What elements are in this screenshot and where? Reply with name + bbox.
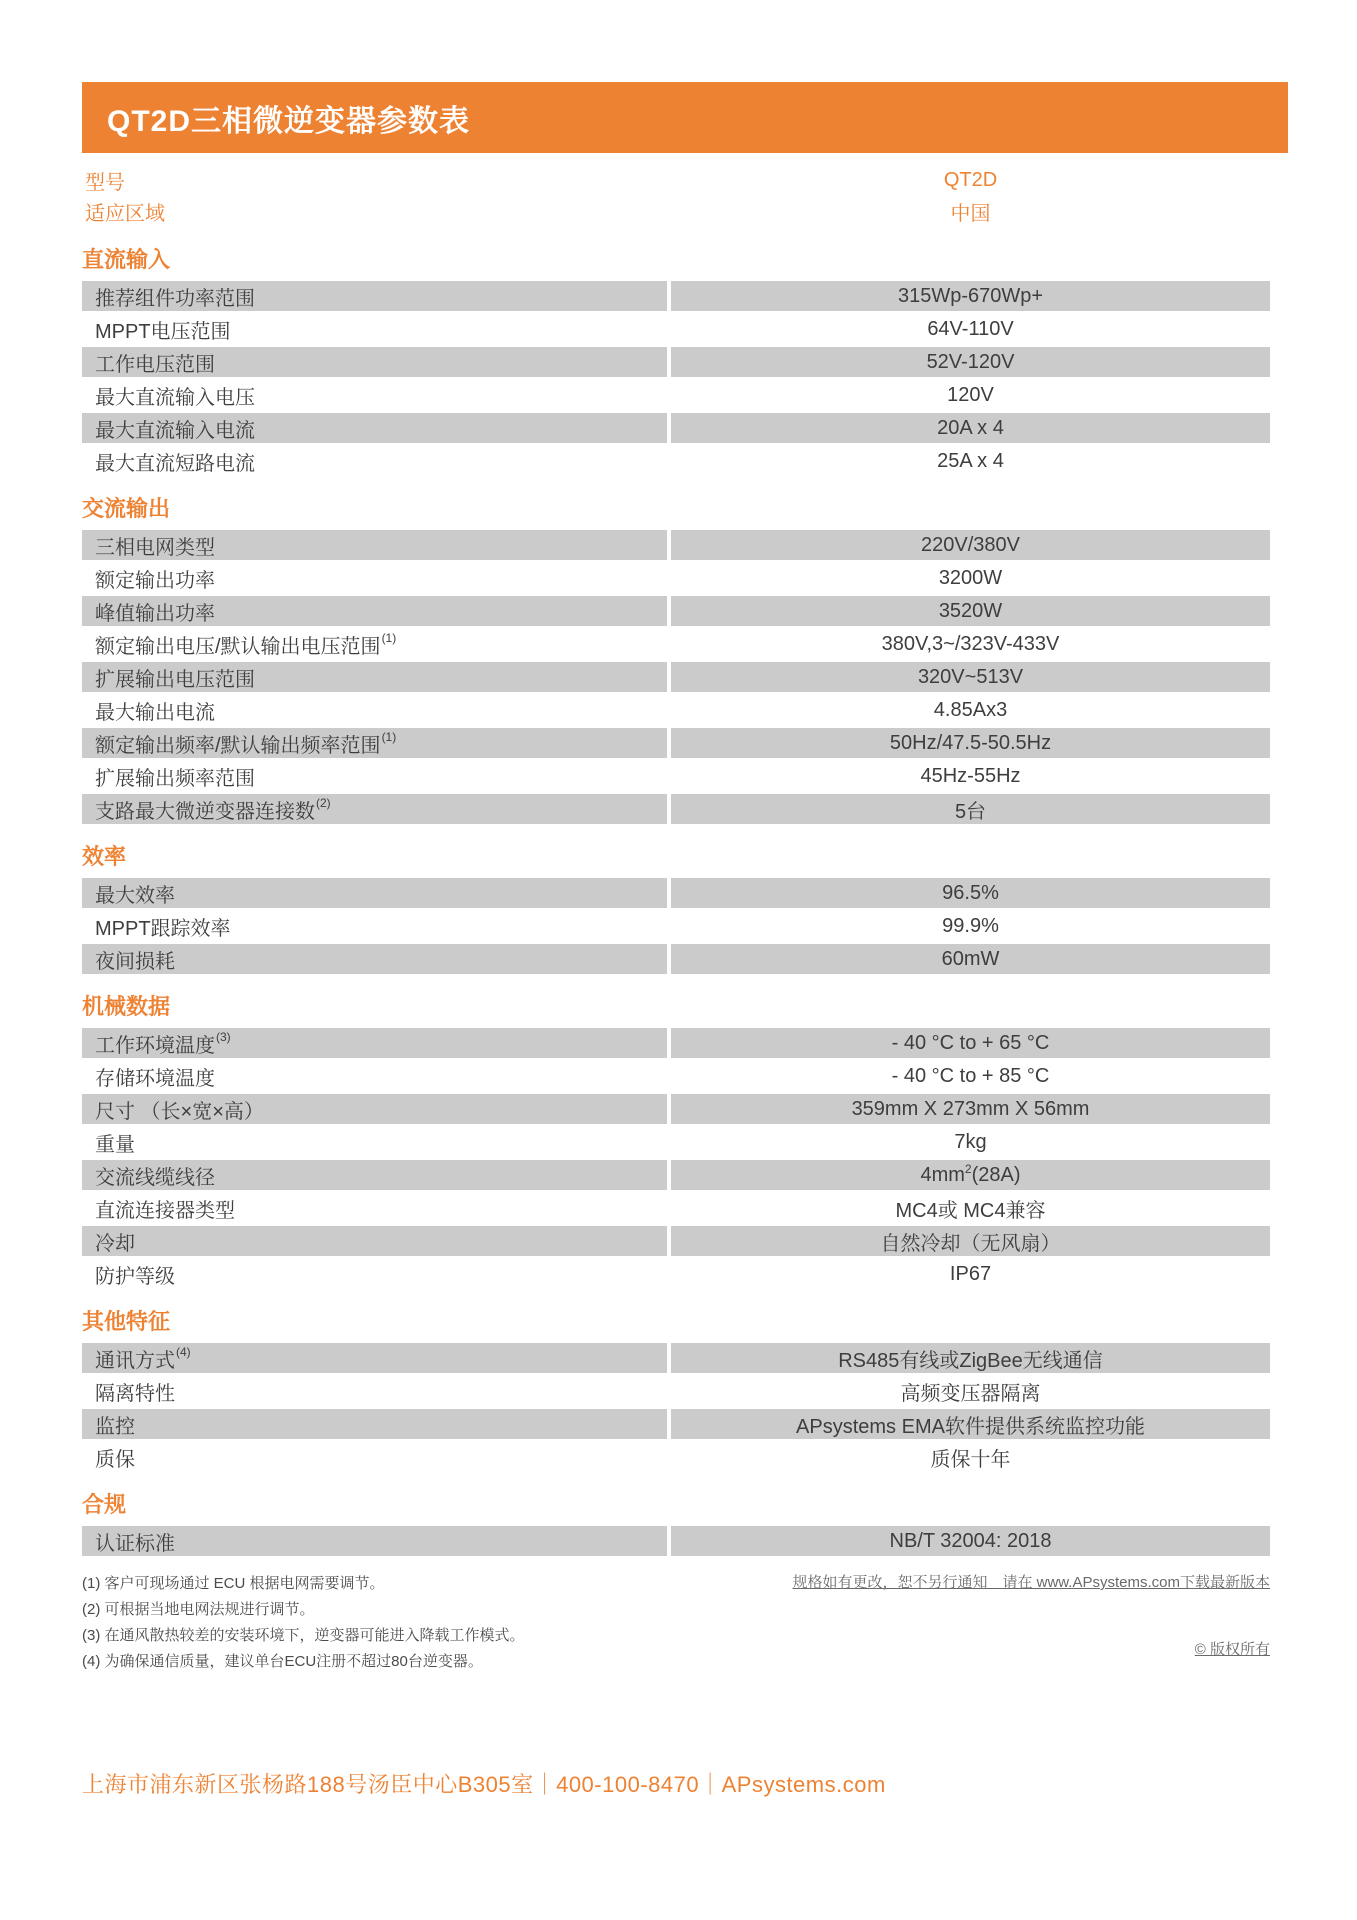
- spec-table: 认证标准NB/T 32004: 2018: [82, 1526, 1270, 1556]
- row-label: 隔离特性: [82, 1376, 667, 1406]
- notes-area: (1) 客户可现场通过 ECU 根据电网需要调节。(2) 可根据当地电网法规进行…: [82, 1571, 1270, 1675]
- spec-row: 峰值输出功率3520W: [82, 596, 1270, 626]
- spec-row: 交流线缆线径4mm2 (28A): [82, 1160, 1270, 1190]
- row-label: 防护等级: [82, 1259, 667, 1289]
- spec-table: 推荐组件功率范围315Wp-670Wp+MPPT电压范围64V-110V工作电压…: [82, 281, 1270, 476]
- spec-table: 三相电网类型220V/380V额定输出功率3200W峰值输出功率3520W额定输…: [82, 530, 1270, 824]
- row-label: 最大直流输入电压: [82, 380, 667, 410]
- spec-row: 扩展输出电压范围320V~513V: [82, 662, 1270, 692]
- row-value: IP67: [671, 1259, 1270, 1289]
- spec-row: 最大输出电流4.85Ax3: [82, 695, 1270, 725]
- spec-table: 工作环境温度(3)- 40 °C to + 65 °C存储环境温度- 40 °C…: [82, 1028, 1270, 1289]
- row-value: 45Hz-55Hz: [671, 761, 1270, 791]
- spec-section: 合规认证标准NB/T 32004: 2018: [82, 1492, 1270, 1556]
- model-row: 型号QT2D: [82, 165, 1270, 196]
- revision-notice: 规格如有更改，恕不另行通知 请在 www.APsystems.com下载最新版本: [792, 1571, 1270, 1592]
- footnotes-list: (1) 客户可现场通过 ECU 根据电网需要调节。(2) 可根据当地电网法规进行…: [82, 1571, 525, 1675]
- title-banner: QT2D三相微逆变器参数表: [82, 82, 1288, 153]
- row-label: 监控: [82, 1409, 667, 1439]
- row-label: 最大直流输入电流: [82, 413, 667, 443]
- row-value: 25A x 4: [671, 446, 1270, 476]
- row-value: 380V,3~/323V-433V: [671, 629, 1270, 659]
- spec-row: 推荐组件功率范围315Wp-670Wp+: [82, 281, 1270, 311]
- model-row-value: QT2D: [671, 169, 1270, 192]
- section-title: 效率: [82, 844, 1270, 869]
- row-label: 认证标准: [82, 1526, 667, 1556]
- row-value: 高频变压器隔离: [671, 1376, 1270, 1406]
- spec-row: 额定输出频率/默认输出频率范围(1)50Hz/47.5-50.5Hz: [82, 728, 1270, 758]
- row-label: 峰值输出功率: [82, 596, 667, 626]
- row-value: 120V: [671, 380, 1270, 410]
- model-table: 型号QT2D适应区域中国: [82, 165, 1270, 227]
- footnote-line: (1) 客户可现场通过 ECU 根据电网需要调节。: [82, 1571, 525, 1597]
- row-value: 96.5%: [671, 878, 1270, 908]
- row-label: 最大直流短路电流: [82, 446, 667, 476]
- spec-row: 夜间损耗60mW: [82, 944, 1270, 974]
- spec-sections: 直流输入推荐组件功率范围315Wp-670Wp+MPPT电压范围64V-110V…: [82, 247, 1270, 1556]
- row-value: 359mm X 273mm X 56mm: [671, 1094, 1270, 1124]
- row-value: NB/T 32004: 2018: [671, 1526, 1270, 1556]
- spec-row: 最大直流短路电流25A x 4: [82, 446, 1270, 476]
- row-value: MC4或 MC4兼容: [671, 1193, 1270, 1223]
- row-value: - 40 °C to + 85 °C: [671, 1061, 1270, 1091]
- row-label: 工作电压范围: [82, 347, 667, 377]
- spec-row: 三相电网类型220V/380V: [82, 530, 1270, 560]
- row-value: 4mm2 (28A): [671, 1160, 1270, 1190]
- row-label: 通讯方式(4): [82, 1343, 667, 1373]
- spec-row: MPPT电压范围64V-110V: [82, 314, 1270, 344]
- section-title: 其他特征: [82, 1309, 1270, 1334]
- spec-section: 其他特征通讯方式(4)RS485有线或ZigBee无线通信隔离特性高频变压器隔离…: [82, 1309, 1270, 1472]
- row-label: 扩展输出频率范围: [82, 761, 667, 791]
- spec-table: 最大效率96.5%MPPT跟踪效率99.9%夜间损耗60mW: [82, 878, 1270, 974]
- spec-row: 额定输出功率3200W: [82, 563, 1270, 593]
- spec-row: 防护等级IP67: [82, 1259, 1270, 1289]
- spec-section: 效率最大效率96.5%MPPT跟踪效率99.9%夜间损耗60mW: [82, 844, 1270, 974]
- row-label: 交流线缆线径: [82, 1160, 667, 1190]
- spec-row: 最大效率96.5%: [82, 878, 1270, 908]
- row-value: 3520W: [671, 596, 1270, 626]
- legal-block: 规格如有更改，恕不另行通知 请在 www.APsystems.com下载最新版本…: [792, 1571, 1270, 1675]
- spec-row: MPPT跟踪效率99.9%: [82, 911, 1270, 941]
- row-label: 最大输出电流: [82, 695, 667, 725]
- row-label: 质保: [82, 1442, 667, 1472]
- spec-row: 质保质保十年: [82, 1442, 1270, 1472]
- row-label: 额定输出功率: [82, 563, 667, 593]
- row-value: 315Wp-670Wp+: [671, 281, 1270, 311]
- row-label: 额定输出频率/默认输出频率范围(1): [82, 728, 667, 758]
- row-label: 夜间损耗: [82, 944, 667, 974]
- footnote-line: (4) 为确保通信质量，建议单台ECU注册不超过80台逆变器。: [82, 1649, 525, 1675]
- row-value: 99.9%: [671, 911, 1270, 941]
- row-value: 自然冷却（无风扇）: [671, 1226, 1270, 1256]
- row-value: 52V-120V: [671, 347, 1270, 377]
- row-label: 支路最大微逆变器连接数(2): [82, 794, 667, 824]
- spec-row: 最大直流输入电压120V: [82, 380, 1270, 410]
- page-title: QT2D三相微逆变器参数表: [107, 96, 470, 140]
- spec-section: 机械数据工作环境温度(3)- 40 °C to + 65 °C存储环境温度- 4…: [82, 994, 1270, 1289]
- row-value: 4.85Ax3: [671, 695, 1270, 725]
- spec-row: 额定输出电压/默认输出电压范围(1)380V,3~/323V-433V: [82, 629, 1270, 659]
- spec-row: 冷却自然冷却（无风扇）: [82, 1226, 1270, 1256]
- row-value: 20A x 4: [671, 413, 1270, 443]
- row-value: RS485有线或ZigBee无线通信: [671, 1343, 1270, 1373]
- row-value: 3200W: [671, 563, 1270, 593]
- row-value: APsystems EMA软件提供系统监控功能: [671, 1409, 1270, 1439]
- row-label: 重量: [82, 1127, 667, 1157]
- row-value: 7kg: [671, 1127, 1270, 1157]
- spec-row: 监控APsystems EMA软件提供系统监控功能: [82, 1409, 1270, 1439]
- spec-row: 尺寸 （长×宽×高）359mm X 273mm X 56mm: [82, 1094, 1270, 1124]
- row-value: 60mW: [671, 944, 1270, 974]
- row-label: 推荐组件功率范围: [82, 281, 667, 311]
- copyright-notice: © 版权所有: [792, 1638, 1270, 1659]
- row-label: 额定输出电压/默认输出电压范围(1): [82, 629, 667, 659]
- spec-row: 支路最大微逆变器连接数(2)5台: [82, 794, 1270, 824]
- spec-row: 最大直流输入电流20A x 4: [82, 413, 1270, 443]
- spec-table: 通讯方式(4)RS485有线或ZigBee无线通信隔离特性高频变压器隔离监控AP…: [82, 1343, 1270, 1472]
- model-row-label: 型号: [82, 166, 667, 195]
- section-title: 交流输出: [82, 496, 1270, 521]
- spec-row: 存储环境温度- 40 °C to + 85 °C: [82, 1061, 1270, 1091]
- section-title: 机械数据: [82, 994, 1270, 1019]
- model-row: 适应区域中国: [82, 196, 1270, 227]
- row-label: 三相电网类型: [82, 530, 667, 560]
- row-value: 320V~513V: [671, 662, 1270, 692]
- row-label: 存储环境温度: [82, 1061, 667, 1091]
- model-row-value: 中国: [671, 197, 1270, 226]
- row-label: 最大效率: [82, 878, 667, 908]
- row-label: 扩展输出电压范围: [82, 662, 667, 692]
- datasheet-page: QT2D三相微逆变器参数表 型号QT2D适应区域中国 直流输入推荐组件功率范围3…: [82, 82, 1270, 1675]
- company-footer: 上海市浦东新区张杨路188号汤臣中心B305室｜400-100-8470｜APs…: [82, 1768, 886, 1799]
- row-label: MPPT电压范围: [82, 314, 667, 344]
- section-title: 直流输入: [82, 247, 1270, 272]
- row-label: 直流连接器类型: [82, 1193, 667, 1223]
- spec-row: 重量7kg: [82, 1127, 1270, 1157]
- spec-row: 工作电压范围52V-120V: [82, 347, 1270, 377]
- row-value: - 40 °C to + 65 °C: [671, 1028, 1270, 1058]
- row-value: 50Hz/47.5-50.5Hz: [671, 728, 1270, 758]
- row-value: 质保十年: [671, 1442, 1270, 1472]
- section-title: 合规: [82, 1492, 1270, 1517]
- row-value: 220V/380V: [671, 530, 1270, 560]
- row-value: 5台: [671, 794, 1270, 824]
- footnote-line: (3) 在通风散热较差的安装环境下，逆变器可能进入降载工作模式。: [82, 1623, 525, 1649]
- spec-row: 扩展输出频率范围45Hz-55Hz: [82, 761, 1270, 791]
- row-value: 64V-110V: [671, 314, 1270, 344]
- spec-row: 直流连接器类型MC4或 MC4兼容: [82, 1193, 1270, 1223]
- spec-row: 认证标准NB/T 32004: 2018: [82, 1526, 1270, 1556]
- row-label: 尺寸 （长×宽×高）: [82, 1094, 667, 1124]
- spec-row: 隔离特性高频变压器隔离: [82, 1376, 1270, 1406]
- model-row-label: 适应区域: [82, 197, 667, 226]
- spec-section: 交流输出三相电网类型220V/380V额定输出功率3200W峰值输出功率3520…: [82, 496, 1270, 824]
- spec-section: 直流输入推荐组件功率范围315Wp-670Wp+MPPT电压范围64V-110V…: [82, 247, 1270, 476]
- footnote-line: (2) 可根据当地电网法规进行调节。: [82, 1597, 525, 1623]
- row-label: MPPT跟踪效率: [82, 911, 667, 941]
- row-label: 冷却: [82, 1226, 667, 1256]
- row-label: 工作环境温度(3): [82, 1028, 667, 1058]
- spec-row: 通讯方式(4)RS485有线或ZigBee无线通信: [82, 1343, 1270, 1373]
- spec-row: 工作环境温度(3)- 40 °C to + 65 °C: [82, 1028, 1270, 1058]
